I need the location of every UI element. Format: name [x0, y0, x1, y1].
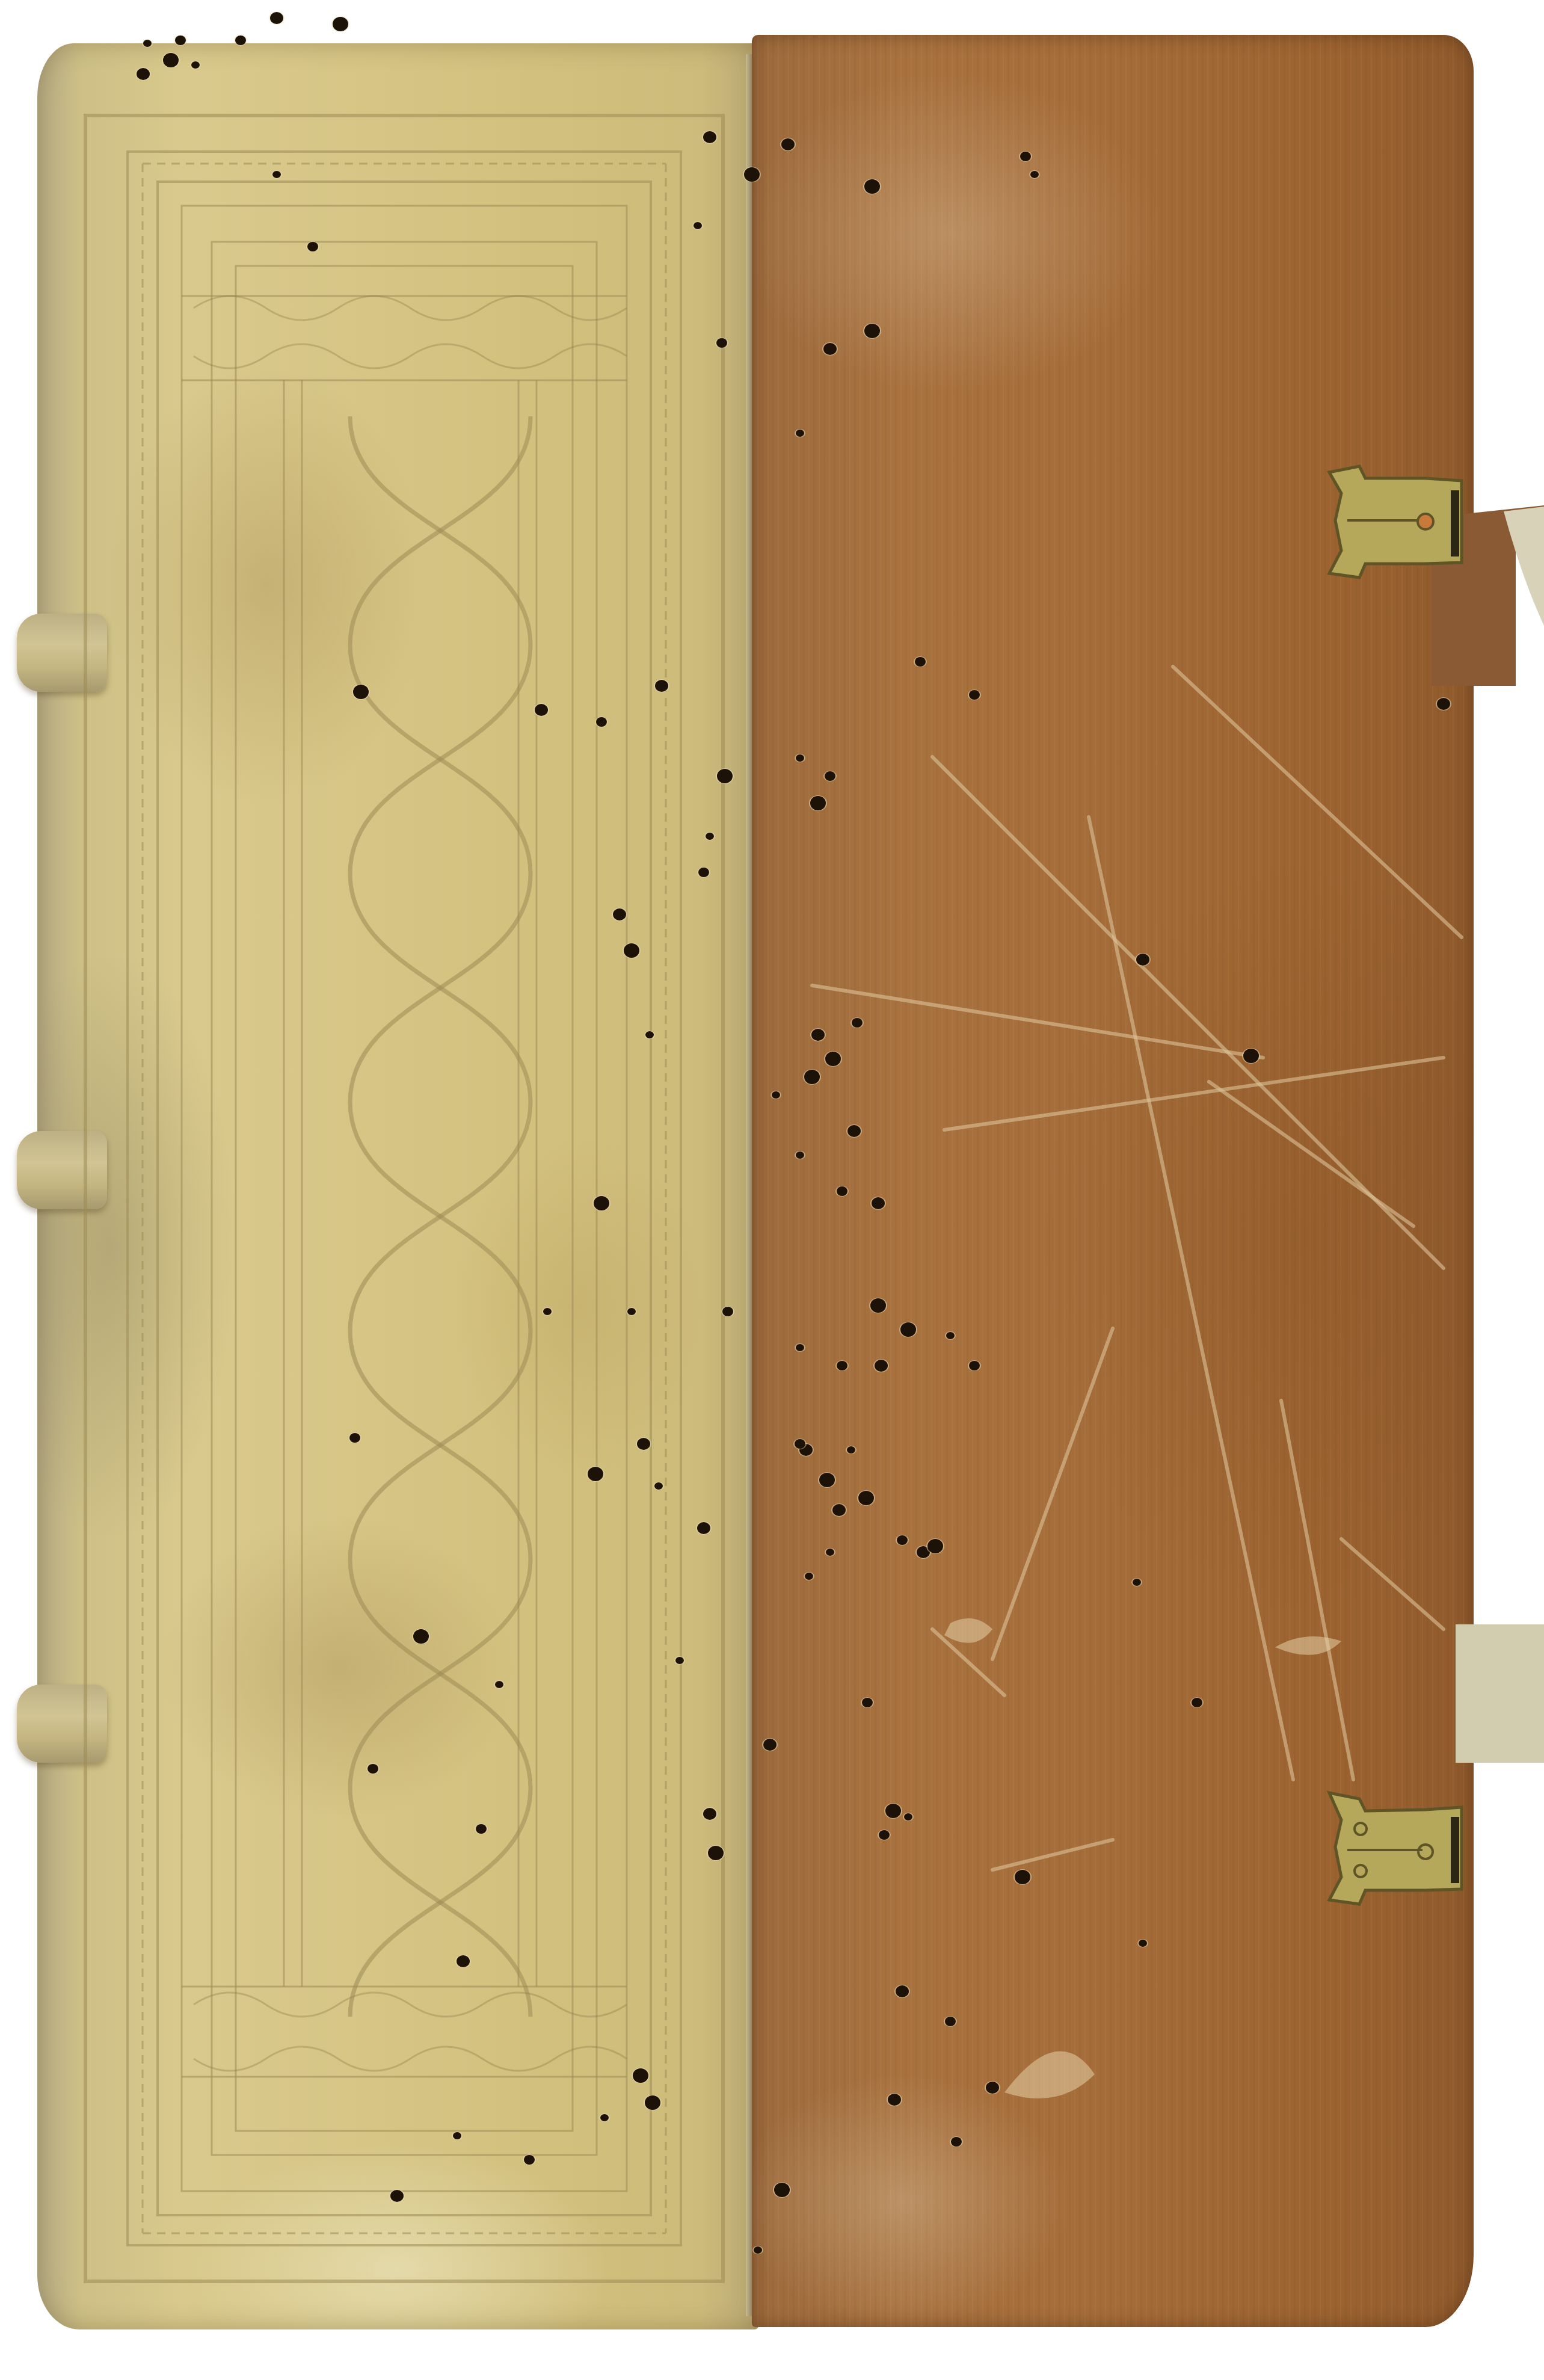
vellum-cover — [37, 43, 759, 2329]
raised-band-2 — [17, 1131, 107, 1209]
raised-band-3 — [17, 1685, 107, 1763]
book-photograph — [0, 0, 1544, 2380]
lower-strap — [1456, 1624, 1544, 1763]
wooden-board — [752, 35, 1474, 2327]
upper-clasp-icon — [1323, 460, 1468, 581]
raised-band-1 — [17, 614, 107, 692]
lower-clasp-icon — [1323, 1787, 1468, 1907]
